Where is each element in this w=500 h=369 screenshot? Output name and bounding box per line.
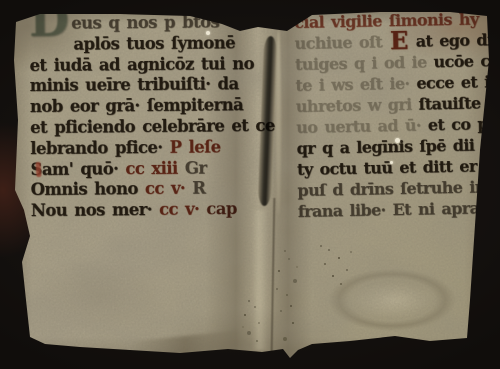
- manuscript-text-line: et iudā ad agnicōz tui no: [29, 54, 253, 77]
- manuscript-text-line: aplōs tuos ſymonē: [29, 33, 253, 56]
- gutter-crease-line: [271, 198, 276, 352]
- manuscript-photo: D eus q nos p btosaplōs tuos ſymonēet iu…: [0, 0, 500, 369]
- parchment-sheet: D eus q nos p btosaplōs tuos ſymonēet iu…: [0, 0, 500, 369]
- manuscript-text-line: lebrando pfice· P leſe: [30, 137, 254, 160]
- manuscript-text-line: nob eor grā· ſempiternā: [30, 95, 254, 118]
- lombard-initial: E: [389, 26, 409, 55]
- right-page-text: cial vigilie ſimonis hyuchiue oſt E at e…: [294, 8, 500, 222]
- text-segment: uo uertu ad ū·: [296, 116, 421, 137]
- text-segment: R: [185, 179, 205, 198]
- text-segment: at ego di: [408, 30, 492, 51]
- white-fleck: [390, 161, 393, 164]
- text-segment: tuiges q i od ie: [295, 52, 427, 74]
- dirt-speckles: [284, 250, 286, 252]
- manuscript-text-line: Omnis hono cc v· R: [31, 178, 255, 201]
- text-segment: aplōs tuos ſymonē: [73, 33, 235, 53]
- gutter-ridge-highlight: [276, 30, 281, 215]
- text-segment: nob eor grā· ſempiternā: [30, 95, 243, 116]
- right-page-lines: cial vigilie ſimonis hyuchiue oſt E at e…: [294, 8, 500, 222]
- text-segment: cc xiii: [118, 158, 178, 178]
- text-segment: minis ueīre tribuiſti· da: [30, 75, 239, 96]
- text-segment: cc v·: [152, 200, 199, 219]
- text-segment: lebrando pfice·: [30, 138, 162, 158]
- manuscript-text-line: Nou nos mer· cc v· cap: [31, 199, 255, 222]
- text-segment: Nou nos mer·: [31, 200, 152, 220]
- text-segment: te i ws eſt ie·: [295, 74, 409, 95]
- text-segment: et iudā ad agnicōz tui no: [29, 54, 254, 75]
- manuscript-text-line: et pficiendo celebrāre et ce: [30, 116, 254, 139]
- text-segment: puſ d drīns ſetruhe in: [297, 177, 486, 200]
- text-segment: frana libe· Et ni apra inſ: [298, 198, 500, 221]
- manuscript-text-line: frana libe· Et ni apra inſ: [298, 197, 500, 222]
- text-segment: Omnis hono: [31, 179, 138, 199]
- left-page-text: D eus q nos p btosaplōs tuos ſymonēet iu…: [29, 12, 255, 222]
- white-fleck: [395, 138, 400, 143]
- dirt-speckles: [248, 300, 250, 302]
- dirt-speckles: [320, 245, 322, 247]
- gutter-crease-highlight: [252, 210, 268, 350]
- text-segment: Gr: [178, 158, 207, 177]
- text-segment: uhretos w gri: [296, 95, 412, 116]
- text-segment: cc v·: [138, 179, 185, 198]
- manuscript-text-line: Sam' quō· cc xiii Gr: [30, 158, 254, 181]
- text-segment: ty octu tuū et ditt er ar: [297, 156, 500, 179]
- manuscript-text-line: minis ueīre tribuiſti· da: [30, 74, 254, 97]
- text-segment: et pficiendo celebrāre et ce: [30, 116, 275, 137]
- text-segment: P leſe: [162, 137, 220, 157]
- paragraph-mark: [35, 162, 41, 177]
- text-segment: cap: [199, 199, 237, 218]
- text-segment: Sam' quō·: [30, 159, 118, 179]
- white-fleck: [206, 31, 210, 35]
- left-page-lines: eus q nos p btosaplōs tuos ſymonēet iudā…: [29, 12, 255, 222]
- text-segment: uchiue oſt: [294, 32, 389, 53]
